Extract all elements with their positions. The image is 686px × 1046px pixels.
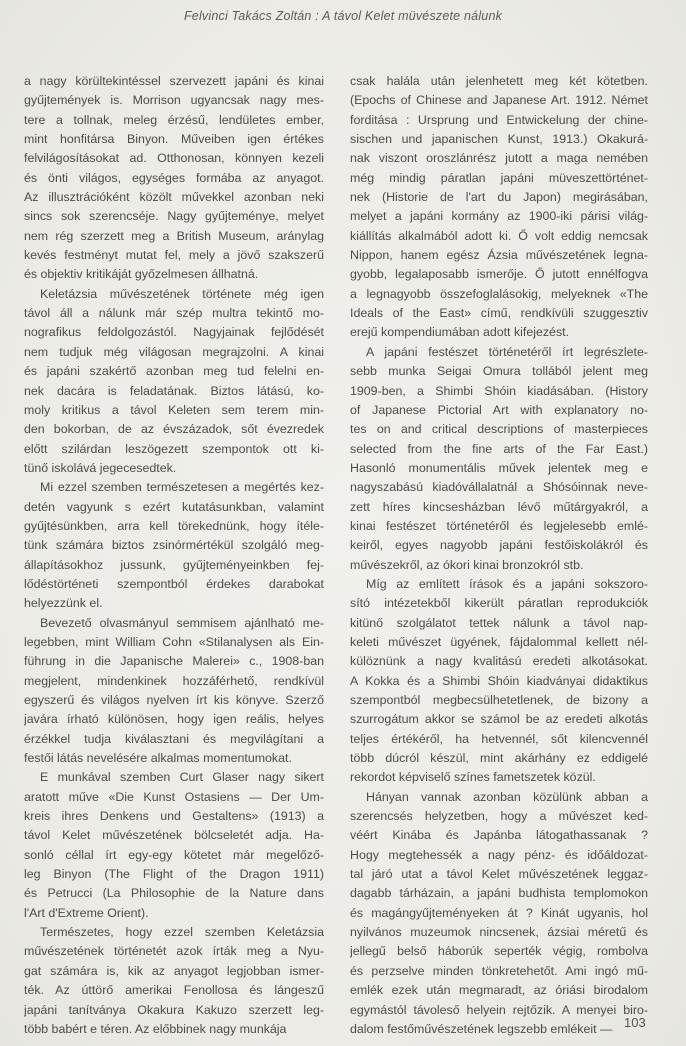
text-line: ték. Az úttörő amerikai Fenollosa és lán… (24, 981, 324, 1000)
text-line: sító intézetekből kikerült páratlan repr… (350, 594, 648, 613)
text-line: nak viszont oroszlánrész jutott a maga n… (350, 149, 648, 168)
text-line: 1909-ben, a Shimbi Shóin kiadásában. (Hi… (350, 382, 648, 401)
paragraph: a nagy körültekintéssel szervezett japán… (24, 72, 324, 285)
text-line: keleti művészet ügyének, fájdalommal kel… (350, 633, 648, 652)
text-line: előtt szilárdan leszögezett szempontok o… (24, 440, 324, 459)
text-line: véért Kinába és Japánba látogathassanak … (350, 826, 648, 845)
text-line: nem rég szerzett meg a British Museum, a… (24, 227, 324, 246)
paragraph: Míg az említett írások és a japáni soksz… (350, 575, 648, 788)
text-line: nem tudjuk még világosan megrajzolni. A … (24, 343, 324, 362)
text-line: tünk számára biztos zsinórmértékül szolg… (24, 536, 324, 555)
text-line: egymástól távoleső helyein rejtőzik. A m… (350, 1001, 648, 1020)
text-line: és objektiv kritikáját győzelmesen állha… (24, 265, 324, 284)
text-line: Az illusztrációként közölt művekkel azon… (24, 188, 324, 207)
text-line: of Japanese Pictorial Art with explanato… (350, 401, 648, 420)
text-line: a nagy körültekintéssel szervezett japán… (24, 72, 324, 91)
text-line: javára írható különösen, hogy igen reáli… (24, 710, 324, 729)
text-line: jellegű belső háborúk seperték végig, ro… (350, 942, 648, 961)
page-number: 103 (624, 1015, 646, 1030)
text-line: nek dacára is feladatának. Biztos látású… (24, 382, 324, 401)
text-line: melyet a japáni kormány az 1900-iki pári… (350, 207, 648, 226)
text-line: gat számára is, kik az anyagot legjobban… (24, 962, 324, 981)
text-line: Nippon, hanem egész Ázsia művészetének l… (350, 246, 648, 265)
paragraph: Mi ezzel szemben természetesen a megérté… (24, 478, 324, 613)
text-line: nografikus feldolgozástól. Nagyjainak fe… (24, 323, 324, 342)
text-line: művészetének történetét azok írták meg a… (24, 942, 324, 961)
text-line: selected from the fine arts of the Far E… (350, 440, 648, 459)
text-line: kitünő szolgálatot tettek nálunk a távol… (350, 614, 648, 633)
text-line: Ideals of the East» című, rendkívüli szu… (350, 304, 648, 323)
text-line: japáni tanítványa Okakura Kakuzo szerzet… (24, 1001, 324, 1020)
text-line: dalom festőművészetének legszebb emlékei… (350, 1020, 648, 1039)
text-line: kreis ihres Denkens und Gestaltens» (191… (24, 807, 324, 826)
text-line: nek (Historie de l'art du Japon) megirás… (350, 188, 648, 207)
text-line: teljes értékéről, ha hetvennél, sőt kile… (350, 730, 648, 749)
text-line: forditása : Ursprung und Entwickelung de… (350, 111, 648, 130)
text-line: egyszerű és világos nyelven írt kis köny… (24, 691, 324, 710)
text-line: aratott műve «Die Kunst Ostasiens — Der … (24, 788, 324, 807)
text-line: csak halála után jelenhetett meg két köt… (350, 72, 648, 91)
text-line: több babért e téren. Az előbbinek nagy m… (24, 1020, 324, 1039)
text-line: (Epochs of Chinese and Japanese Art. 191… (350, 91, 648, 110)
text-line: Míg az említett írások és a japáni soksz… (350, 575, 648, 594)
left-text-column: a nagy körültekintéssel szervezett japán… (24, 72, 324, 1039)
paragraph: A japáni festészet történetéről írt legr… (350, 343, 648, 575)
text-line: szurrogátum akkor se számol be az eredet… (350, 710, 648, 729)
text-line: és magángyűjteményeken át ? Kinát ugyani… (350, 904, 648, 923)
text-line: sonló céllal írt egy-egy kötetet már meg… (24, 846, 324, 865)
running-header: Felvinci Takács Zoltán : A távol Kelet m… (0, 9, 686, 23)
text-line: és önti világos, egységes formába az any… (24, 169, 324, 188)
text-line: távol áll a nálunk már szép multra tekin… (24, 304, 324, 323)
text-line: den bokorban, de az évszázadok, sőt évez… (24, 420, 324, 439)
text-line: sebb munka Seigai Omura tollából jelent … (350, 362, 648, 381)
text-line: több dúcról készül, mint akárhány ez edd… (350, 749, 648, 768)
right-text-column: csak halála után jelenhetett meg két köt… (350, 72, 648, 1039)
text-line: keiről, egyes nagyobb japáni festőiskolá… (350, 536, 648, 555)
text-line: Keletázsia művészetének története még ig… (24, 285, 324, 304)
text-line: dagabb tárházain, a japáni budhista temp… (350, 884, 648, 903)
text-line: legebben, mint William Cohn «Stilanalyse… (24, 633, 324, 652)
text-line: Mi ezzel szemben természetesen a megérté… (24, 478, 324, 497)
text-line: a legnagyobb összefoglalásokig, melyekne… (350, 285, 648, 304)
text-line: mint honfitársa Binyon. Műveiben igen ér… (24, 130, 324, 149)
text-line: gyűjtemények is. Morrison ugyancsak nagy… (24, 91, 324, 110)
text-line: gyűjtésünkben, arra kell törekednünk, ho… (24, 517, 324, 536)
text-line: kevés festményt mutat fel, mely a jövő s… (24, 246, 324, 265)
text-line: emlék ezek után megmaradt, az óriási bir… (350, 981, 648, 1000)
text-line: leg Binyon (The Flight of the Dragon 191… (24, 865, 324, 884)
paragraph: Bevezető olvasmányul semmisem ajánlható … (24, 614, 324, 769)
text-line: tes on and critical descriptions of mast… (350, 420, 648, 439)
text-line: érzékkel tudja kiválasztani és megvilágí… (24, 730, 324, 749)
text-line: még mindig páratlan japáni müveszettörté… (350, 169, 648, 188)
text-line: és japáni szakértő azonban meg tud felel… (24, 362, 324, 381)
text-line: nyilvános muzeumok nincsenek, ázsiai mér… (350, 923, 648, 942)
text-line: nagyszabású kiadóvállalatnál a Shósóinna… (350, 478, 648, 497)
paragraph: csak halála után jelenhetett meg két köt… (350, 72, 648, 343)
paragraph: Keletázsia művészetének története még ig… (24, 285, 324, 478)
book-page: Felvinci Takács Zoltán : A távol Kelet m… (0, 0, 686, 1046)
text-line: A Kokka és a Shimbi Shóin kiadványai did… (350, 672, 648, 691)
text-line: sincs sok szerencséje. Nagy gyűjteménye,… (24, 207, 324, 226)
text-line: detén vagyunk s ezért kutatásunkban, val… (24, 498, 324, 517)
text-line: és Petrucci (La Philosophie de la Nature… (24, 884, 324, 903)
text-line: lődéstörténeti szempontból érdekes darab… (24, 575, 324, 594)
text-line: zett híres kincsesházban lévő műtárgyakr… (350, 498, 648, 517)
text-line: kinai festészet történetéről és legjeles… (350, 517, 648, 536)
text-line: E munkával szemben Curt Glaser nagy sike… (24, 768, 324, 787)
text-line: felvilágosításokat ad. Otthonosan, könny… (24, 149, 324, 168)
text-line: megjelent, mindenkinek hozzáférhető, ren… (24, 672, 324, 691)
text-line: tal járó utat a távol Kelet művészetének… (350, 865, 648, 884)
text-line: szempontból megbecsülhetetlenek, de bizo… (350, 691, 648, 710)
text-line: A japáni festészet történetéről írt legr… (350, 343, 648, 362)
text-line: l'Art d'Extreme Orient). (24, 904, 324, 923)
text-line: Hányan vannak azonban közülünk abban a (350, 788, 648, 807)
text-line: führung in die Japanische Malerei» c., 1… (24, 652, 324, 671)
text-line: helyezzünk el. (24, 594, 324, 613)
text-line: moly kritikus a távol Keleten sem terem … (24, 401, 324, 420)
text-line: tere a tollnak, meleg érzésű, lendületes… (24, 111, 324, 130)
text-line: rekordot képviselő színes fametszetek kö… (350, 768, 648, 787)
paragraph: E munkával szemben Curt Glaser nagy sike… (24, 768, 324, 923)
paragraph: Természetes, hogy ezzel szemben Keletázs… (24, 923, 324, 1039)
text-line: állapításokhoz jussunk, gyűjteményeinkbe… (24, 556, 324, 575)
text-line: Természetes, hogy ezzel szemben Keletázs… (24, 923, 324, 942)
text-line: Hasonló monumentális művek jelentek meg … (350, 459, 648, 478)
paragraph: Hányan vannak azonban közülünk abban asz… (350, 788, 648, 1039)
text-line: gyobb, legalaposabb ismerője. Ő jutott e… (350, 265, 648, 284)
text-line: és perzselve minden tönkretehetőt. Ami i… (350, 962, 648, 981)
text-line: szerencsés helyzetben, hogy a művészet k… (350, 807, 648, 826)
text-line: távol Kelet művészetének bölcseletét adj… (24, 826, 324, 845)
text-line: festői látás nevelésére alkalmas momentu… (24, 749, 324, 768)
text-line: Bevezető olvasmányul semmisem ajánlható … (24, 614, 324, 633)
text-line: külöznünk a nagy kvalitású eredeti alkot… (350, 652, 648, 671)
text-line: Hogy megtehessék a nagy pénz- és időáldo… (350, 846, 648, 865)
text-line: tünő iskolává jegecesedtek. (24, 459, 324, 478)
text-line: művészekről, az ókori kinai bronzokról s… (350, 556, 648, 575)
text-line: kiállítás alkalmából adott ki. Ő volt ed… (350, 227, 648, 246)
text-line: erejű kompendiumában adott kifejezést. (350, 323, 648, 342)
text-line: sischen und japanischen Kunst, 1913.) Ok… (350, 130, 648, 149)
